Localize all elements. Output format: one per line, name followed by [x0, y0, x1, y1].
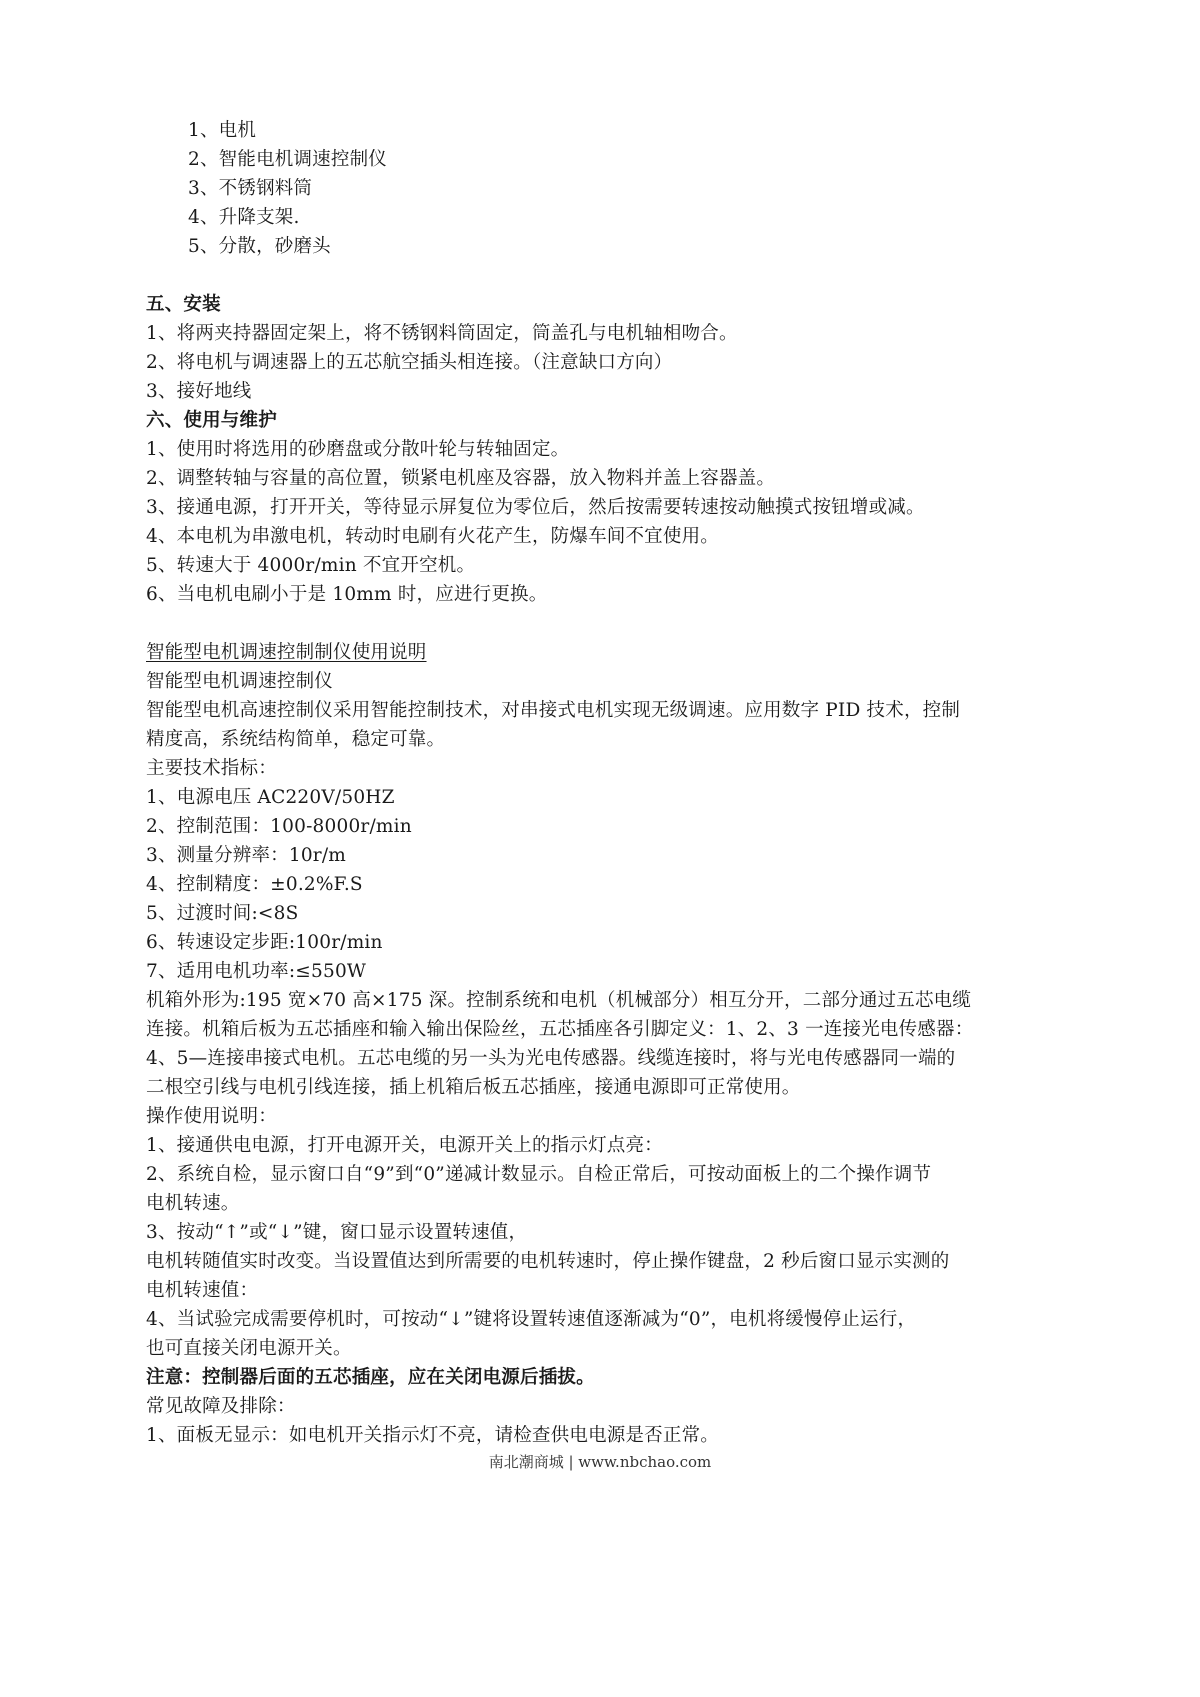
fault-item: 1、面板无显示：如电机开关指示灯不亮，请检查供电电源是否正常。	[146, 1421, 719, 1450]
usage-item: 1、使用时将选用的砂磨盘或分散叶轮与转轴固定。	[146, 435, 569, 464]
operation-line: 电机转速值：	[146, 1276, 258, 1305]
controller-subtitle: 智能型电机调速控制仪	[146, 667, 333, 696]
warning-note: 注意：控制器后面的五芯插座，应在关闭电源后插拔。	[146, 1363, 595, 1392]
spec-item: 6、转速设定步距:100r/min	[146, 928, 383, 957]
spec-item: 4、控制精度：±0.2%F.S	[146, 870, 363, 899]
chassis-line: 二根空引线与电机引线连接，插上机箱后板五芯插座，接通电源即可正常使用。	[146, 1073, 801, 1102]
install-item: 3、接好地线	[146, 377, 251, 406]
usage-item: 2、调整转轴与容量的高位置，锁紧电机座及容器，放入物料并盖上容器盖。	[146, 464, 775, 493]
operation-line: 电机转随值实时改变。当设置值达到所需要的电机转速时，停止操作键盘，2 秒后窗口显…	[146, 1247, 949, 1276]
component-item: 2、智能电机调速控制仪	[188, 145, 387, 174]
component-item: 3、不锈钢料筒	[188, 174, 312, 203]
operation-line: 4、当试验完成需要停机时，可按动“↓”键将设置转速值逐渐减为“0”，电机将缓慢停…	[146, 1305, 916, 1334]
chassis-line: 4、5—连接串接式电机。五芯电缆的另一头为光电传感器。线缆连接时，将与光电传感器…	[146, 1044, 955, 1073]
specs-heading: 主要技术指标：	[146, 754, 277, 783]
section-heading-usage: 六、使用与维护	[146, 406, 277, 435]
install-item: 1、将两夹持器固定架上，将不锈钢料筒固定，筒盖孔与电机轴相吻合。	[146, 319, 738, 348]
operation-line: 1、接通供电电源，打开电源开关，电源开关上的指示灯点亮：	[146, 1131, 663, 1160]
intro-line: 智能型电机高速控制仪采用智能控制技术，对串接式电机实现无级调速。应用数字 PID…	[146, 696, 960, 725]
component-item: 4、升降支架.	[188, 203, 300, 232]
operation-line: 3、按动“↑”或“↓”键，窗口显示设置转速值，	[146, 1218, 527, 1247]
operation-line: 也可直接关闭电源开关。	[146, 1334, 352, 1363]
usage-item: 5、转速大于 4000r/min 不宜开空机。	[146, 551, 475, 580]
usage-item: 3、接通电源，打开开关，等待显示屏复位为零位后，然后按需要转速按动触摸式按钮增或…	[146, 493, 925, 522]
chassis-line: 机箱外形为:195 宽×70 高×175 深。控制系统和电机（机械部分）相互分开…	[146, 986, 971, 1015]
usage-item: 6、当电机电刷小于是 10mm 时，应进行更换。	[146, 580, 547, 609]
document-page: 1、电机 2、智能电机调速控制仪 3、不锈钢料筒 4、升降支架. 5、分散，砂磨…	[0, 0, 1200, 1697]
section-heading-install: 五、安装	[146, 290, 221, 319]
component-item: 1、电机	[188, 116, 256, 145]
usage-item: 4、本电机为串激电机，转动时电刷有火花产生，防爆车间不宜使用。	[146, 522, 719, 551]
spec-item: 5、过渡时间:<8S	[146, 899, 298, 928]
operation-heading: 操作使用说明：	[146, 1102, 277, 1131]
page-footer: 南北潮商城 | www.nbchao.com	[0, 1451, 1200, 1472]
operation-line: 电机转速。	[146, 1189, 240, 1218]
spec-item: 1、电源电压 AC220V/50HZ	[146, 783, 395, 812]
spec-item: 7、适用电机功率:≤550W	[146, 957, 366, 986]
intro-line: 精度高，系统结构简单，稳定可靠。	[146, 725, 445, 754]
install-item: 2、将电机与调速器上的五芯航空插头相连接。（注意缺口方向）	[146, 348, 672, 377]
controller-title: 智能型电机调速控制制仪使用说明	[146, 638, 427, 667]
faults-heading: 常见故障及排除：	[146, 1392, 296, 1421]
component-item: 5、分散，砂磨头	[188, 232, 331, 261]
chassis-line: 连接。机箱后板为五芯插座和输入输出保险丝，五芯插座各引脚定义：1、2、3 一连接…	[146, 1015, 973, 1044]
spec-item: 2、控制范围：100-8000r/min	[146, 812, 412, 841]
spec-item: 3、测量分辨率：10r/m	[146, 841, 346, 870]
operation-line: 2、系统自检，显示窗口自“9”到“0”递减计数显示。自检正常后，可按动面板上的二…	[146, 1160, 931, 1189]
